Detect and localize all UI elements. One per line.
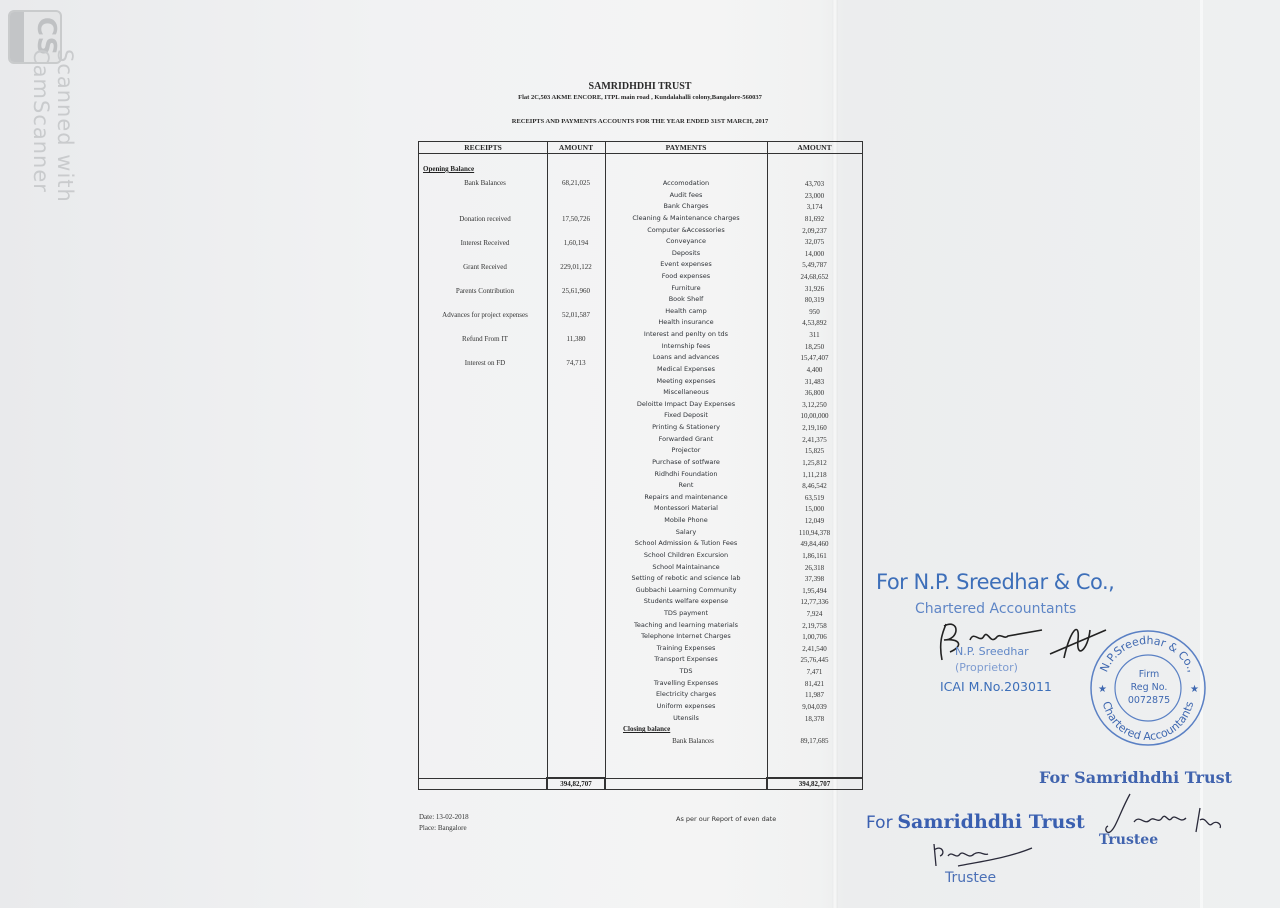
payment-amount: 1,95,494 [767, 587, 862, 595]
payment-label: Computer &Accessories [605, 226, 767, 234]
payment-amount: 32,075 [767, 238, 862, 246]
place: Place: Bangalore [419, 824, 467, 832]
payment-amount: 2,19,758 [767, 622, 862, 630]
payment-amount: 311 [767, 331, 862, 339]
payment-amount: 18,378 [767, 715, 862, 723]
trustee-role: Trustee [1099, 832, 1158, 848]
payment-label: Cleaning & Maintenance charges [605, 214, 767, 222]
payment-label: Bank Charges [605, 202, 767, 210]
payment-amount: 14,000 [767, 250, 862, 258]
payment-amount: 3,174 [767, 203, 862, 211]
receipt-label: Donation received [421, 215, 549, 223]
payment-amount: 1,86,161 [767, 552, 862, 560]
payment-label: Internship fees [605, 342, 767, 350]
payment-label: Accomodation [605, 179, 767, 187]
auditor-role: (Proprietor) [955, 661, 1018, 674]
payment-amount: 31,926 [767, 285, 862, 293]
payment-amount: 49,84,460 [767, 540, 862, 548]
payment-amount: 15,000 [767, 505, 862, 513]
payment-amount: 12,049 [767, 517, 862, 525]
document-address: Flat 2C,503 AKME ENCORE, ITPL main road … [420, 94, 860, 101]
payment-amount: 3,12,250 [767, 401, 862, 409]
auditor-name: N.P. Sreedhar [955, 645, 1029, 658]
receipt-amount: 52,01,587 [547, 311, 605, 319]
receipt-amount: 1,60,194 [547, 239, 605, 247]
payment-amount: 4,400 [767, 366, 862, 374]
payment-amount: 7,924 [767, 610, 862, 618]
payment-label: Medical Expenses [605, 365, 767, 373]
payment-label: School Children Excursion [605, 551, 767, 559]
payment-amount: 950 [767, 308, 862, 316]
accounts-table: RECEIPTS AMOUNT PAYMENTS AMOUNT Opening … [418, 141, 863, 790]
payment-amount: 10,00,000 [767, 412, 862, 420]
payment-label: Food expenses [605, 272, 767, 280]
receipt-amount: 17,50,726 [547, 215, 605, 223]
payment-amount: 11,987 [767, 691, 862, 699]
payment-label: Forwarded Grant [605, 435, 767, 443]
payment-amount: 63,519 [767, 494, 862, 502]
payment-amount: 8,46,542 [767, 482, 862, 490]
payment-label: Rent [605, 481, 767, 489]
payment-label: School Admission & Tution Fees [605, 539, 767, 547]
payment-label: Mobile Phone [605, 516, 767, 524]
column-header-amount: AMOUNT [767, 143, 862, 152]
payment-amount: 43,703 [767, 180, 862, 188]
payment-label: Teaching and learning materials [605, 621, 767, 629]
payment-label: TDS [605, 667, 767, 675]
payment-label: Event expenses [605, 260, 767, 268]
receipt-amount: 68,21,025 [547, 179, 605, 187]
payment-amount: 5,49,787 [767, 261, 862, 269]
payment-label: Miscellaneous [605, 388, 767, 396]
payment-amount: 1,25,812 [767, 459, 862, 467]
document-title: SAMRIDHDHI TRUST [420, 81, 860, 92]
payment-amount: 81,692 [767, 215, 862, 223]
payment-label: Gubbachi Learning Community [605, 586, 767, 594]
column-header-amount: AMOUNT [547, 143, 605, 152]
payment-label: Health insurance [605, 318, 767, 326]
receipt-label: Parents Contribution [421, 287, 549, 295]
closing-label: Bank Balances [623, 737, 763, 745]
payment-amount: 25,76,445 [767, 656, 862, 664]
payment-label: Interest and penlty on tds [605, 330, 767, 338]
payment-amount: 37,398 [767, 575, 862, 583]
receipt-label: Interest on FD [421, 359, 549, 367]
payment-amount: 24,68,652 [767, 273, 862, 281]
payment-label: Printing & Stationery [605, 423, 767, 431]
payment-amount: 1,11,218 [767, 471, 862, 479]
payment-label: Ridhdhi Foundation [605, 470, 767, 478]
payment-amount: 2,19,160 [767, 424, 862, 432]
receipt-label: Bank Balances [421, 179, 549, 187]
document-subtitle: RECEIPTS AND PAYMENTS ACCOUNTS FOR THE Y… [420, 118, 860, 125]
svg-text:★: ★ [1190, 684, 1199, 695]
payment-label: Loans and advances [605, 353, 767, 361]
payment-amount: 9,04,039 [767, 703, 862, 711]
payment-amount: 31,483 [767, 378, 862, 386]
payment-label: Training Expenses [605, 644, 767, 652]
payment-label: Furniture [605, 284, 767, 292]
column-header-payments: PAYMENTS [605, 143, 767, 152]
trustee-signature [928, 836, 1048, 872]
camscanner-watermark: Scanned with CamScanner [29, 49, 77, 279]
payment-label: Uniform expenses [605, 702, 767, 710]
payment-amount: 18,250 [767, 343, 862, 351]
receipt-label: Interest Received [421, 239, 549, 247]
receipt-amount: 74,713 [547, 359, 605, 367]
payment-amount: 2,41,375 [767, 436, 862, 444]
payments-total-box [766, 777, 863, 789]
receipt-amount: 25,61,960 [547, 287, 605, 295]
payment-label: Fixed Deposit [605, 411, 767, 419]
payment-label: Salary [605, 528, 767, 536]
payment-amount: 15,825 [767, 447, 862, 455]
payment-amount: 12,77,336 [767, 598, 862, 606]
column-header-receipts: RECEIPTS [419, 143, 547, 152]
header-divider [419, 153, 862, 154]
payment-label: Telephone Internet Charges [605, 632, 767, 640]
receipt-amount: 229,01,122 [547, 263, 605, 271]
payment-label: School Maintainance [605, 563, 767, 571]
payment-label: Deposits [605, 249, 767, 257]
payment-label: Students welfare expense [605, 597, 767, 605]
payment-label: Health camp [605, 307, 767, 315]
payment-label: Electricity charges [605, 690, 767, 698]
payment-amount: 7,471 [767, 668, 862, 676]
payment-amount: 15,47,407 [767, 354, 862, 362]
payment-label: Transport Expenses [605, 655, 767, 663]
closing-balance-heading: Closing balance [623, 725, 670, 733]
payment-label: Conveyance [605, 237, 767, 245]
payment-label: Montessori Material [605, 504, 767, 512]
auditor-membership: ICAI M.No.203011 [940, 679, 1052, 694]
trustee-for-line: For Samridhdhi Trust [866, 811, 1085, 834]
payment-label: Travelling Expenses [605, 679, 767, 687]
payment-label: Projector [605, 446, 767, 454]
payment-label: Deloitte Impact Day Expenses [605, 400, 767, 408]
payment-label: Book Shelf [605, 295, 767, 303]
receipt-amount: 11,380 [547, 335, 605, 343]
auditor-for-line: For N.P. Sreedhar & Co., [876, 570, 1114, 594]
payment-amount: 1,00,706 [767, 633, 862, 641]
payment-amount: 26,318 [767, 564, 862, 572]
payment-label: Purchase of sotfware [605, 458, 767, 466]
trustee-role: Trustee [945, 870, 996, 886]
trustee-for-line: For Samridhdhi Trust [1039, 768, 1232, 787]
firm-registration: Firm Reg No. 0072875 [1124, 668, 1174, 707]
payment-amount: 110,94,378 [767, 529, 862, 537]
payment-label: Meeting expenses [605, 377, 767, 385]
payment-amount: 80,319 [767, 296, 862, 304]
report-note: As per our Report of even date [676, 815, 776, 823]
payment-amount: 4,53,892 [767, 319, 862, 327]
trustee-signature [1100, 788, 1230, 838]
svg-text:★: ★ [1098, 684, 1107, 695]
payment-label: TDS payment [605, 609, 767, 617]
payment-amount: 36,800 [767, 389, 862, 397]
receipt-label: Grant Received [421, 263, 549, 271]
payment-label: Setting of rebotic and science lab [605, 574, 767, 582]
payment-label: Repairs and maintenance [605, 493, 767, 501]
payment-amount: 23,000 [767, 192, 862, 200]
closing-amount: 89,17,685 [767, 737, 862, 745]
opening-balance-heading: Opening Balance [423, 165, 474, 173]
receipts-total-box [546, 777, 605, 789]
payment-label: Utensils [605, 714, 767, 722]
receipt-label: Refund From IT [421, 335, 549, 343]
payment-amount: 81,421 [767, 680, 862, 688]
date: Date: 13-02-2018 [419, 813, 469, 821]
payment-label: Audit fees [605, 191, 767, 199]
receipt-label: Advances for project expenses [421, 311, 549, 319]
payment-amount: 2,09,237 [767, 227, 862, 235]
payment-amount: 2,41,540 [767, 645, 862, 653]
